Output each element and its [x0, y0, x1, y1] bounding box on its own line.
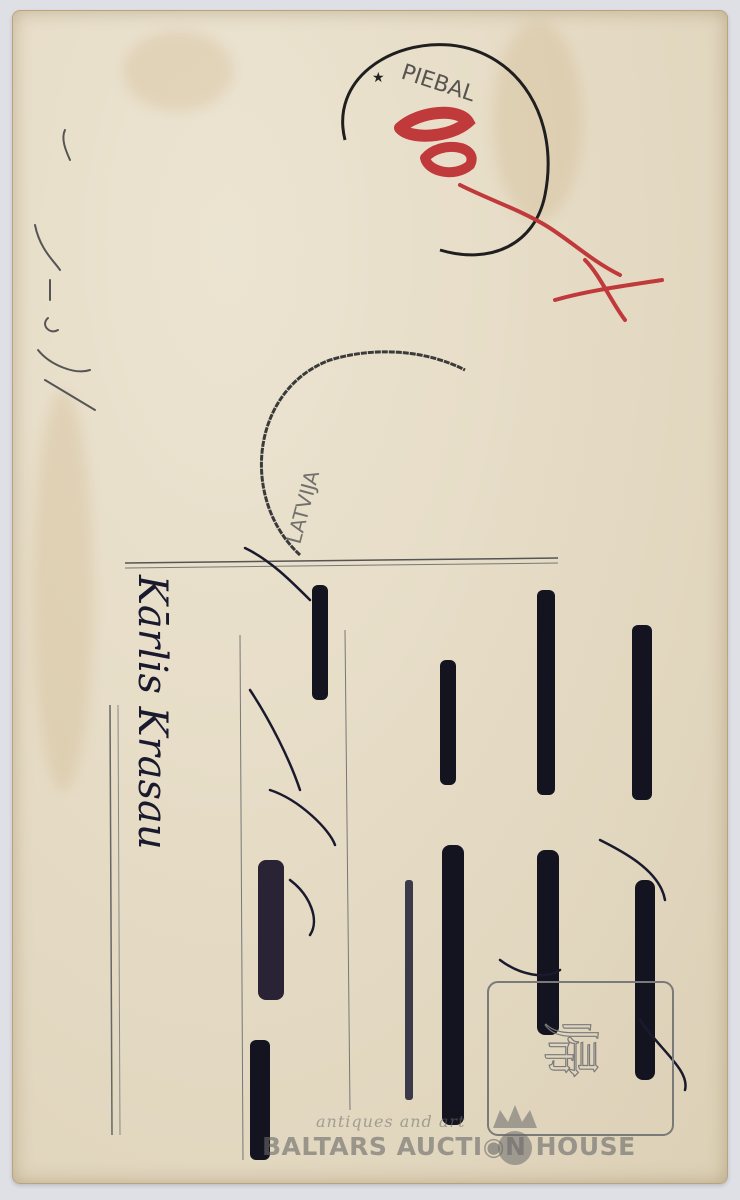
svg-text:帰: 帰	[536, 1020, 604, 1078]
watermark-tagline: antiques and art	[316, 1112, 466, 1131]
address-line	[118, 705, 120, 1135]
divider-line	[125, 563, 558, 568]
red-crayon-mark	[400, 113, 662, 320]
pencil-note	[35, 130, 95, 410]
svg-text:PIEBAL: PIEBAL	[398, 60, 479, 108]
latvija-postmark: LATVIJA	[261, 352, 465, 555]
address-line	[110, 705, 112, 1135]
handwriting-strokes	[245, 548, 686, 1090]
addressee-name: Kārlis Krasau	[129, 575, 175, 850]
watermark-brand: BALTARS AUCTI◉N HOUSE	[262, 1132, 636, 1161]
svg-text:★: ★	[372, 70, 385, 86]
divider-line	[125, 558, 558, 563]
svg-text:LATVIJA: LATVIJA	[282, 468, 325, 547]
address-line	[345, 630, 350, 1110]
postcard-markings: ★ PIEBAL LATVIJA	[0, 0, 740, 1200]
address-line	[240, 635, 243, 1160]
